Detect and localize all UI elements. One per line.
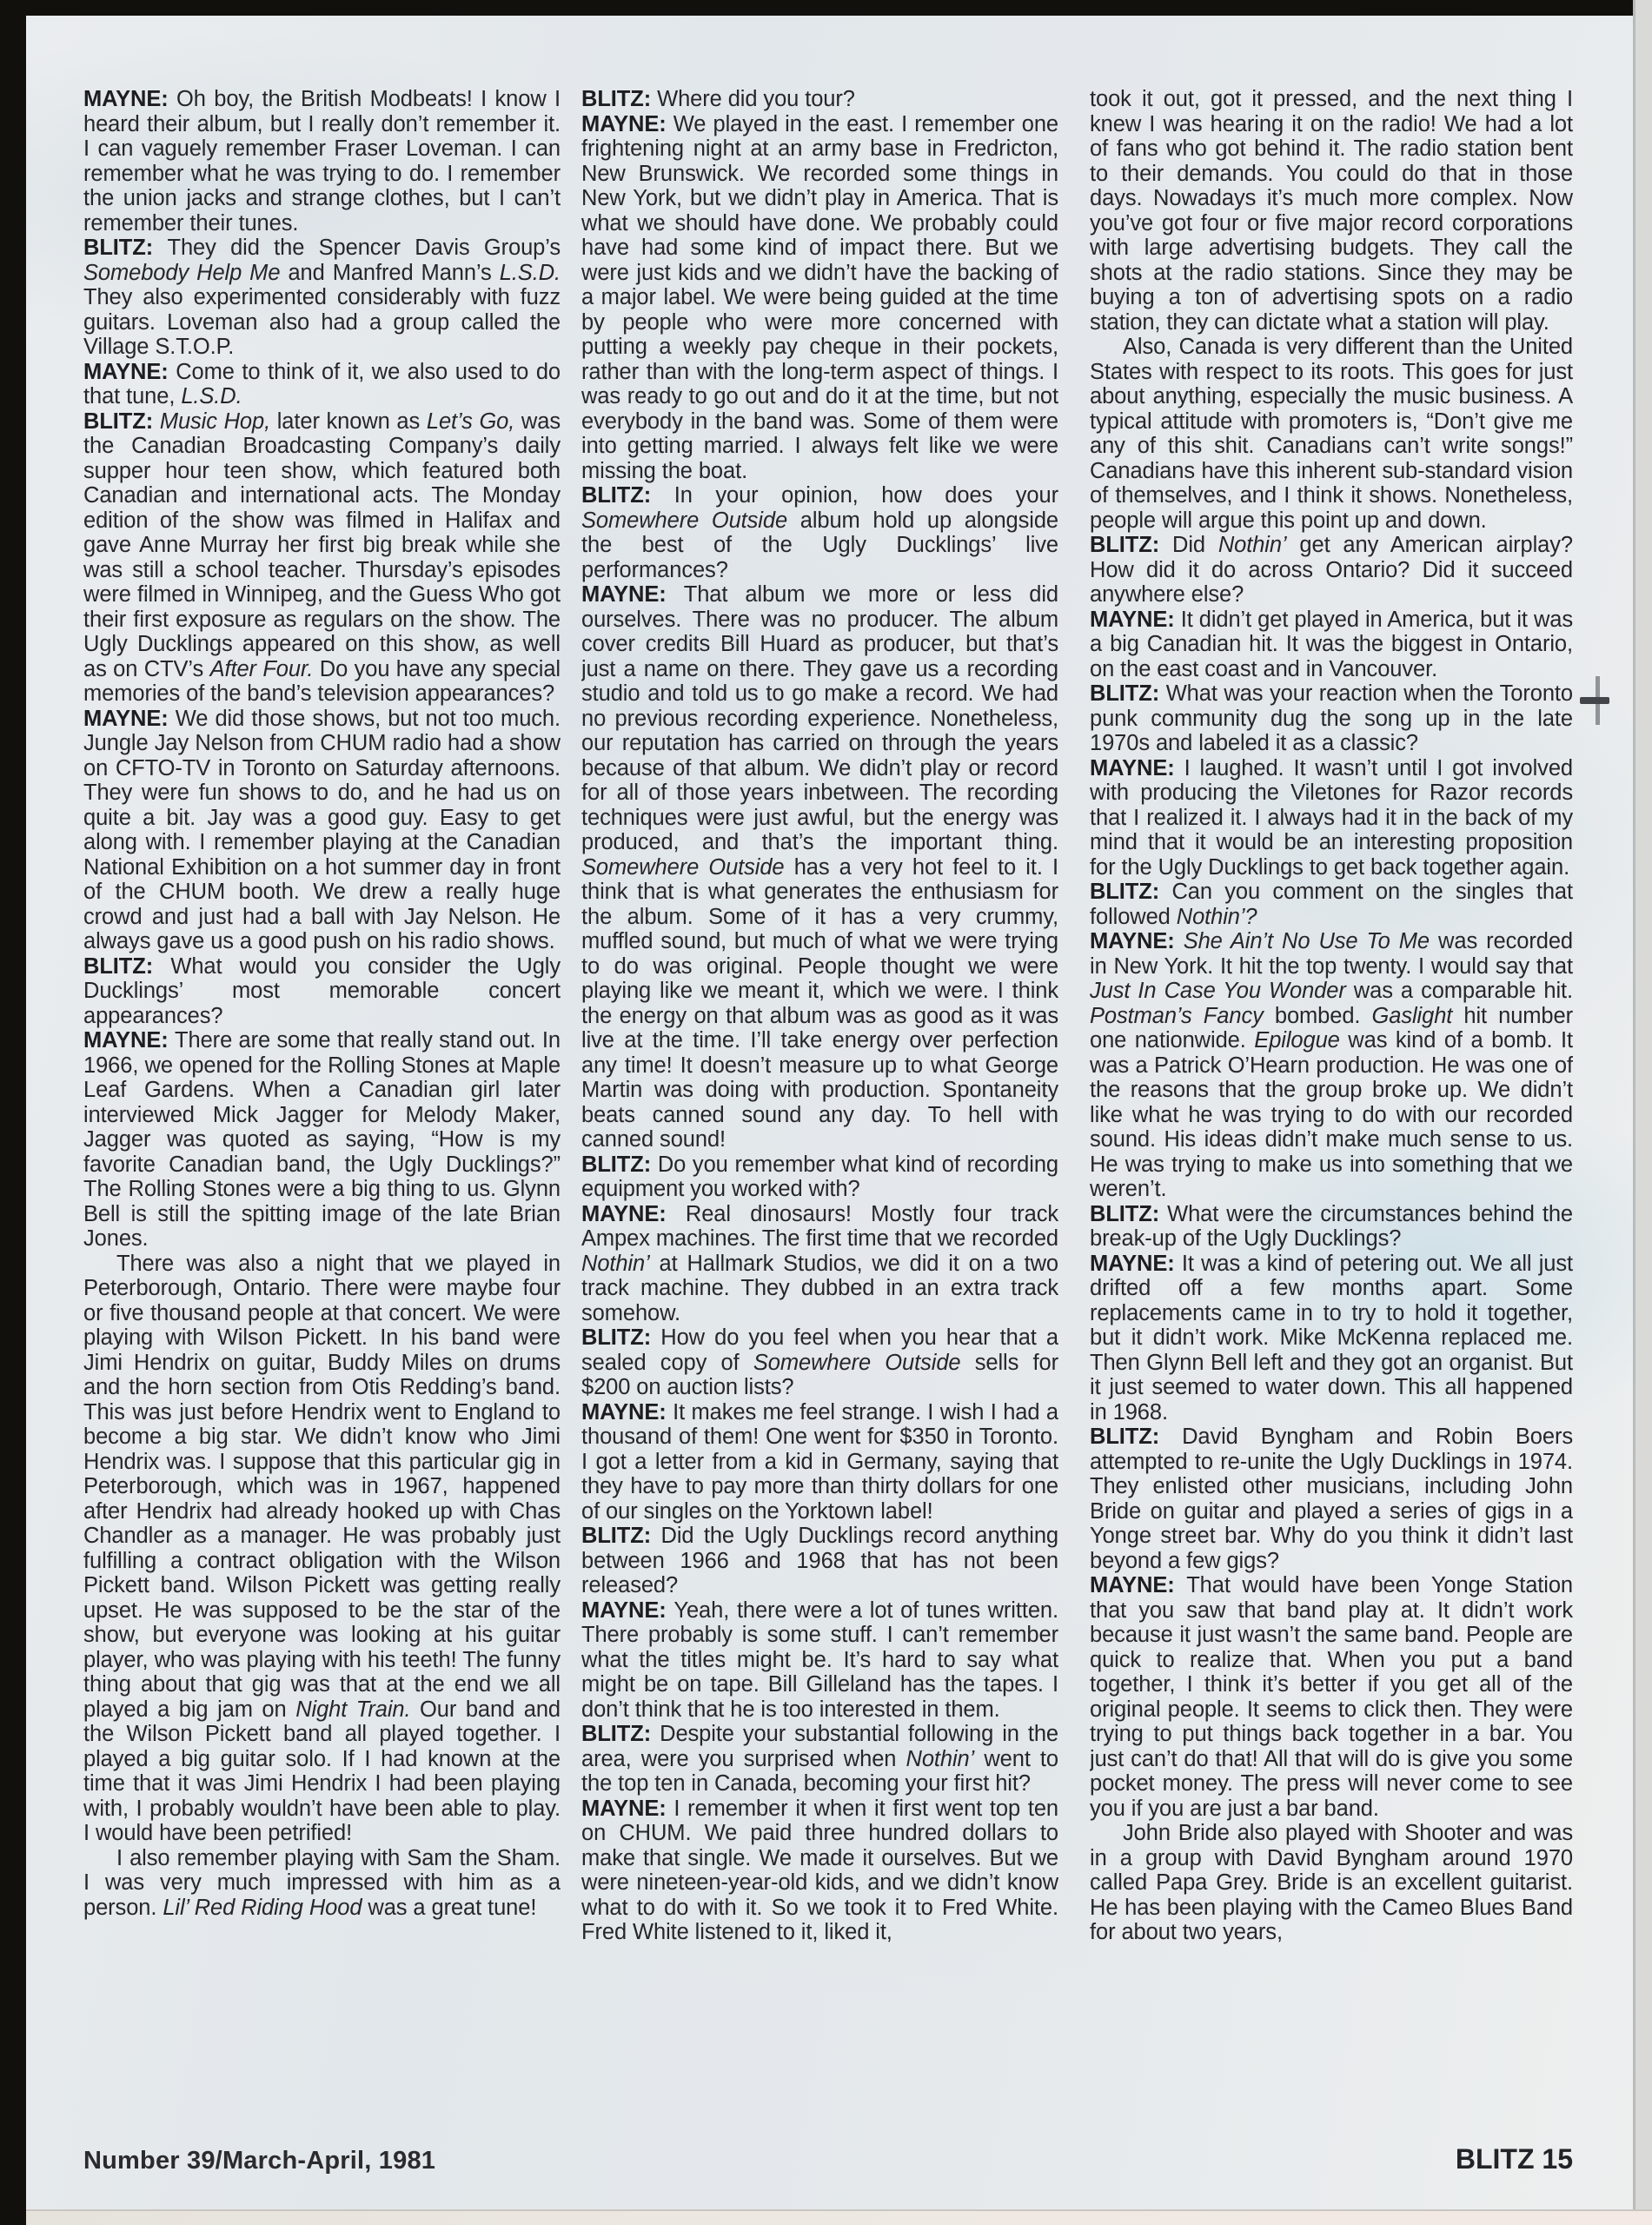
title-italic-text: Let’s Go, (427, 409, 514, 434)
paragraph: MAYNE: Come to think of it, we also used… (83, 360, 561, 409)
title-italic-text: L.S.D. (500, 261, 561, 285)
body-text: and Manfred Mann’s (280, 261, 499, 285)
speaker-label: MAYNE: (83, 707, 176, 731)
body-text: We did those shows, but not too much. Ju… (83, 707, 561, 954)
speaker-label: MAYNE: (1090, 608, 1181, 632)
body-text: That album we more or less did ourselves… (581, 582, 1058, 854)
speaker-label: MAYNE: (581, 582, 684, 607)
speaker-label: MAYNE: (1090, 756, 1184, 780)
body-text: Did (1172, 533, 1218, 557)
body-text: Where did you tour? (657, 87, 855, 111)
body-text: They also experimented considerably with… (83, 285, 561, 359)
paragraph: I also remember playing with Sam the Sha… (83, 1846, 561, 1921)
magazine-page: MAYNE: Oh boy, the British Modbeats! I k… (26, 16, 1633, 2209)
paragraph: MAYNE: Oh boy, the British Modbeats! I k… (83, 87, 561, 236)
speaker-label: MAYNE: (1090, 929, 1184, 953)
title-italic-text: After Four. (210, 657, 314, 681)
title-italic-text: Somewhere Outside (581, 508, 787, 533)
speaker-label: MAYNE: (581, 1797, 673, 1821)
speaker-label: MAYNE: (83, 360, 176, 384)
title-italic-text: Lil’ Red Riding Hood (163, 1896, 362, 1920)
article-column-1: MAYNE: Oh boy, the British Modbeats! I k… (83, 87, 561, 2180)
title-italic-text: Nothin’ (1218, 533, 1287, 557)
paragraph: There was also a night that we played in… (83, 1252, 561, 1846)
body-text: There was also a night that we played in… (83, 1252, 561, 1722)
speaker-label: MAYNE: (83, 1028, 175, 1053)
paragraph: BLITZ: Where did you tour? (581, 87, 1058, 112)
paragraph: MAYNE: It didn’t get played in America, … (1090, 608, 1573, 682)
speaker-label: BLITZ: (581, 483, 674, 508)
body-text: at Hallmark Studios, we did it on a two … (581, 1252, 1058, 1325)
body-text: was kind of a bomb. It was a Patrick O’H… (1090, 1028, 1573, 1201)
body-text: It was a kind of petering out. We all ju… (1090, 1252, 1573, 1425)
paragraph: BLITZ: What would you consider the Ugly … (83, 954, 561, 1029)
speaker-label: BLITZ: (1090, 880, 1171, 904)
body-text: took it out, got it pressed, and the nex… (1090, 87, 1573, 335)
body-text: later known as (270, 409, 427, 434)
title-italic-text: Somewhere Outside (581, 855, 785, 880)
paragraph: BLITZ: Music Hop, later known as Let’s G… (83, 409, 561, 707)
paragraph: MAYNE: She Ain’t No Use To Me was record… (1090, 929, 1573, 1202)
scan-bed-strip (26, 2209, 1652, 2225)
paragraph: BLITZ: How do you feel when you hear tha… (581, 1325, 1058, 1400)
paragraph: MAYNE: Yeah, there were a lot of tunes w… (581, 1598, 1058, 1723)
paragraph: BLITZ: Can you comment on the singles th… (1090, 880, 1573, 929)
body-text: was a comparable hit. (1346, 979, 1573, 1003)
speaker-label: BLITZ: (581, 1722, 660, 1746)
body-text: There are some that really stand out. In… (83, 1028, 561, 1251)
title-italic-text: Epilogue (1254, 1028, 1339, 1053)
body-text: We played in the east. I remember one fr… (581, 112, 1058, 483)
speaker-label: MAYNE: (581, 112, 673, 136)
speaker-label: MAYNE: (581, 1202, 686, 1226)
title-italic-text: Nothin’ (581, 1252, 650, 1276)
paragraph: BLITZ: David Byngham and Robin Boers att… (1090, 1425, 1573, 1573)
speaker-label: BLITZ: (1090, 533, 1172, 557)
speaker-label: MAYNE: (581, 1598, 673, 1623)
body-text: In your opinion, how does your (674, 483, 1058, 508)
paragraph: MAYNE: I remember it when it first went … (581, 1797, 1058, 1945)
paragraph: BLITZ: Did the Ugly Ducklings record any… (581, 1524, 1058, 1598)
paragraph: BLITZ: What were the circumstances behin… (1090, 1202, 1573, 1252)
speaker-label: BLITZ: (1090, 1425, 1182, 1449)
edge-dash-mark (1580, 697, 1609, 704)
paragraph: MAYNE: I laughed. It wasn’t until I got … (1090, 756, 1573, 880)
speaker-label: MAYNE: (1090, 1573, 1186, 1597)
paragraph: Also, Canada is very different than the … (1090, 335, 1573, 533)
paragraph: BLITZ: They did the Spencer Davis Group’… (83, 236, 561, 360)
page-edge-strip (1633, 0, 1652, 2225)
paragraph: BLITZ: What was your reaction when the T… (1090, 681, 1573, 756)
paragraph: BLITZ: Did Nothin’ get any American airp… (1090, 533, 1573, 608)
speaker-label: BLITZ: (1090, 1202, 1167, 1226)
paragraph: MAYNE: That album we more or less did ou… (581, 582, 1058, 1152)
speaker-label: BLITZ: (581, 1524, 661, 1548)
scanned-magazine-page: { "page": { "paper_color": "#e5e9ec", "t… (0, 0, 1652, 2225)
paragraph: BLITZ: Do you remember what kind of reco… (581, 1152, 1058, 1202)
speaker-label: BLITZ: (1090, 681, 1166, 706)
title-italic-text: Postman’s Fancy (1090, 1004, 1264, 1028)
body-text: was the Canadian Broadcasting Company’s … (83, 409, 561, 681)
body-text: bombed. (1264, 1004, 1372, 1028)
paragraph: BLITZ: In your opinion, how does your So… (581, 483, 1058, 582)
speaker-label: MAYNE: (83, 87, 176, 111)
body-text: was a great tune! (362, 1896, 536, 1920)
paragraph: MAYNE: That would have been Yonge Statio… (1090, 1573, 1573, 1821)
speaker-label: BLITZ: (581, 1325, 660, 1350)
title-italic-text: She Ain’t No Use To Me (1184, 929, 1430, 953)
body-text: Also, Canada is very different than the … (1090, 335, 1573, 533)
speaker-label: BLITZ: (581, 87, 657, 111)
paragraph: MAYNE: We played in the east. I remember… (581, 112, 1058, 484)
body-text: has a very hot feel to it. I think that … (581, 855, 1058, 1152)
article-column-2: BLITZ: Where did you tour?MAYNE: We play… (581, 87, 1058, 2180)
title-italic-text: Night Train. (295, 1697, 410, 1722)
footer-issue-date: Number 39/March-April, 1981 (83, 2147, 435, 2175)
body-text: That would have been Yonge Station that … (1090, 1573, 1573, 1821)
speaker-label: BLITZ: (581, 1152, 658, 1177)
paragraph: MAYNE: It makes me feel strange. I wish … (581, 1400, 1058, 1524)
speaker-label: BLITZ: (83, 409, 160, 434)
paragraph: took it out, got it pressed, and the nex… (1090, 87, 1573, 335)
title-italic-text: Gaslight (1372, 1004, 1453, 1028)
paragraph: BLITZ: Despite your substantial followin… (581, 1722, 1058, 1797)
article-column-3: took it out, got it pressed, and the nex… (1090, 87, 1573, 2180)
footer-page-number: BLITZ 15 (1090, 2143, 1573, 2175)
speaker-label: BLITZ: (83, 954, 170, 979)
paragraph: John Bride also played with Shooter and … (1090, 1821, 1573, 1945)
title-italic-text: Somewhere Outside (753, 1351, 961, 1375)
body-text: John Bride also played with Shooter and … (1090, 1821, 1573, 1944)
title-italic-text: Music Hop, (160, 409, 270, 434)
paragraph: MAYNE: There are some that really stand … (83, 1028, 561, 1252)
paragraph: MAYNE: Real dinosaurs! Mostly four track… (581, 1202, 1058, 1326)
paragraph: MAYNE: We did those shows, but not too m… (83, 707, 561, 954)
speaker-label: MAYNE: (581, 1400, 673, 1425)
paragraph: MAYNE: It was a kind of petering out. We… (1090, 1252, 1573, 1425)
title-italic-text: L.S.D. (181, 384, 242, 408)
title-italic-text: Just In Case You Wonder (1090, 979, 1346, 1003)
body-text: They did the Spencer Davis Group’s (167, 236, 561, 260)
title-italic-text: Nothin’ (906, 1747, 975, 1771)
speaker-label: MAYNE: (1090, 1252, 1182, 1276)
title-italic-text: Somebody Help Me (83, 261, 280, 285)
speaker-label: BLITZ: (83, 236, 167, 260)
title-italic-text: Nothin’? (1177, 905, 1257, 929)
